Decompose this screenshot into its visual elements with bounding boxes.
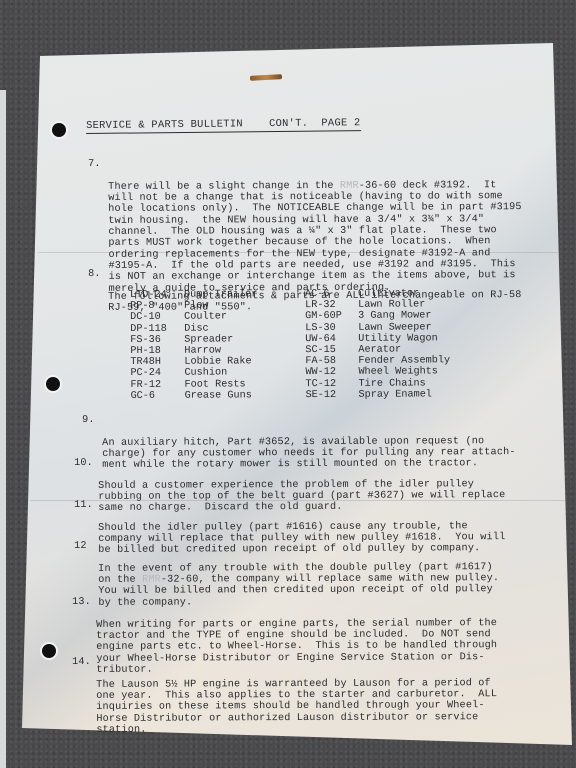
part-name: Dump Trailer [184, 289, 257, 301]
part-name: Spray Enamel [359, 389, 451, 401]
item-number: 13. [72, 597, 91, 608]
item-12: 12 In the event of any trouble with the … [74, 530, 87, 564]
part-code: PH-18 [130, 346, 167, 357]
text-line: You will be billed and then credited upo… [98, 585, 499, 598]
part-code: DP-118 [130, 323, 167, 334]
item-number: 8. [88, 269, 101, 280]
text-line: be billed but credited upon receipt of o… [98, 544, 505, 557]
item-number: 9. [82, 415, 95, 426]
header-page: PAGE 2 [321, 117, 360, 129]
item-7: 7. There will be a slight change in the … [88, 148, 101, 182]
part-name: 3 Gang Mower [358, 311, 450, 323]
part-code: GC-6 [131, 390, 168, 401]
item-body: There will be a slight change in the RMR… [108, 180, 522, 295]
part-name: Cultivator [358, 288, 450, 300]
part-name: Wheel Weights [358, 367, 450, 379]
parts-names-right: CultivatorLawn Roller3 Gang MowerLawn Sw… [358, 288, 450, 400]
text-line: station. [96, 723, 497, 736]
header-title: SERVICE & PARTS BULLETIN [86, 118, 243, 132]
item-body: When writing for parts or engine parts, … [96, 618, 497, 676]
part-code: SC-15 [305, 345, 342, 356]
part-code: FR-12 [130, 379, 167, 390]
text-line: Horse Distributor or authorized Lauson d… [96, 712, 497, 725]
item-body: An auxiliary hitch, Part #3652, is avail… [102, 436, 516, 472]
part-code: DC-10 [130, 312, 167, 323]
part-name: Lawn Sweeper [358, 322, 450, 334]
parts-codes-right: AC-6LR-32GM-60PLS-30UW-64SC-15FA-58WW-12… [305, 289, 342, 401]
part-name: Lawn Roller [358, 300, 450, 312]
part-code: SE-12 [306, 390, 343, 401]
part-code: TC-12 [305, 378, 342, 389]
part-name: Plow [184, 301, 257, 313]
item-8: 8. The following attachments & parts are… [88, 258, 101, 292]
part-code: PP-8 [130, 301, 167, 312]
part-code: LS-30 [305, 322, 342, 333]
item-body: The Lauson 5½ HP engine is warranteed by… [96, 678, 497, 736]
item-13: 13. When writing for parts or engine par… [72, 586, 85, 620]
underlying-sheet-edge [0, 90, 6, 768]
text-line: your Wheel-Horse Distributor or Engine S… [96, 652, 497, 665]
item-body: Should a customer experience the problem… [98, 479, 505, 515]
item-body: In the event of any trouble with the dou… [98, 562, 499, 609]
item-number: 14. [72, 657, 91, 668]
text-line: ment while the rotary mower is still mou… [102, 459, 515, 472]
item-number: 10. [74, 458, 93, 469]
item-9: 9. An auxiliary hitch, Part #3652, is av… [82, 404, 95, 438]
part-code: LR-32 [305, 300, 342, 311]
part-code: FS-36 [130, 335, 167, 346]
part-code: PC-24 [130, 368, 167, 379]
parts-codes-left: LTD-24PP-8DC-10DP-118FS-36PH-18TR48HPC-2… [130, 290, 167, 402]
item-number: 7. [88, 159, 101, 170]
part-code: FA-58 [305, 356, 342, 367]
header-continued: CON'T. [269, 118, 308, 130]
part-name: Grease Guns [185, 390, 258, 402]
parts-names-left: Dump TrailerPlowCoulterDiscSpreaderHarro… [184, 289, 258, 401]
part-name: Aerator [358, 344, 450, 356]
text-line: tributor. [96, 663, 497, 676]
part-name: Disc [184, 323, 257, 335]
part-code: AC-6 [305, 289, 342, 300]
part-name: Harrow [184, 345, 257, 357]
part-name: Tire Chains [358, 378, 450, 390]
item-10: 10. Should a customer experience the pro… [74, 447, 87, 481]
punch-hole [42, 644, 56, 658]
bulletin-header: SERVICE & PARTS BULLETIN CON'T. PAGE 2 [86, 118, 361, 132]
punch-hole [46, 377, 60, 391]
part-name: Utility Wagon [358, 333, 450, 345]
part-code: GM-60P [305, 311, 342, 322]
item-body: Should the idler pulley (part #1616) cau… [98, 521, 505, 557]
part-code: UW-64 [305, 334, 342, 345]
part-name: Spreader [184, 334, 257, 346]
part-name: Fender Assembly [358, 355, 450, 367]
part-name: Coulter [184, 312, 257, 324]
text-line: by the company. [98, 596, 499, 609]
item-number: 12 [74, 541, 87, 552]
part-name: Cushion [184, 368, 257, 380]
text-line: same no charge. Discard the old guard. [98, 502, 505, 515]
part-name: Foot Rests [184, 379, 257, 391]
part-code: TR48H [130, 357, 167, 368]
item-14: 14. The Lauson 5½ HP engine is warrantee… [72, 646, 85, 680]
item-number: 11. [74, 500, 93, 511]
text-line: is NOT an exchange or interchange item a… [109, 270, 522, 283]
part-name: Lobbie Rake [184, 356, 257, 368]
part-code: WW-12 [305, 367, 342, 378]
item-11: 11. Should the idler pulley (part #1616)… [74, 489, 87, 523]
part-code: LTD-24 [130, 290, 167, 301]
punch-hole [52, 123, 66, 137]
